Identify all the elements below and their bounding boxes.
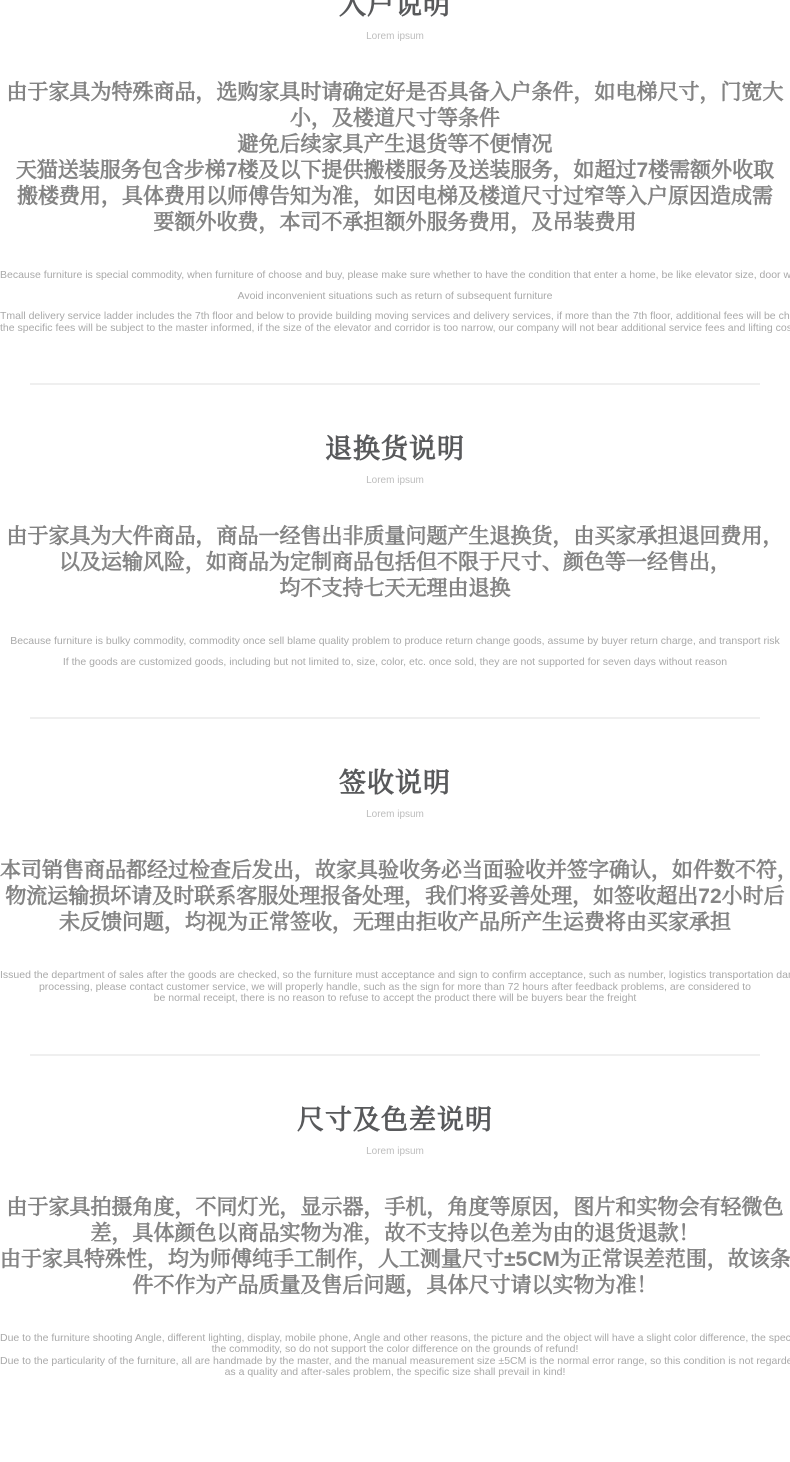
section-subtitle: Lorem ipsum xyxy=(0,32,790,42)
chinese-body-text: 由于家具为特殊商品，选购家具时请确定好是否具备入户条件，如电梯尺寸，门宽大小，及… xyxy=(0,80,790,236)
text-line: 要额外收费，本司不承担额外服务费用，及吊装费用 xyxy=(0,210,790,236)
text-line: Because furniture is bulky commodity, co… xyxy=(0,636,790,648)
section-divider xyxy=(30,717,760,719)
text-line: Issued the department of sales after the… xyxy=(0,970,790,982)
text-line: 小，及楼道尺寸等条件 xyxy=(0,106,790,132)
text-line: the specific fees will be subject to the… xyxy=(0,323,790,335)
section-title: 入户说明 xyxy=(0,0,790,19)
section-size-color-difference-instructions: 尺寸及色差说明 Lorem ipsum 由于家具拍摄角度，不同灯光，显示器，手机… xyxy=(0,1106,790,1379)
text-line: 以及运输风险，如商品为定制商品包括但不限于尺寸、颜色等一经售出， xyxy=(0,550,790,576)
text-line: Avoid inconvenient situations such as re… xyxy=(0,291,790,303)
english-body-text: Because furniture is special commodity, … xyxy=(0,270,790,334)
text-block: Issued the department of sales after the… xyxy=(0,970,790,1005)
english-body-text: Issued the department of sales after the… xyxy=(0,970,790,1005)
english-body-text: Due to the furniture shooting Angle, dif… xyxy=(0,1333,790,1379)
text-block: Tmall delivery service ladder includes t… xyxy=(0,311,790,334)
product-notice-page: 入户说明 Lorem ipsum 由于家具为特殊商品，选购家具时请确定好是否具备… xyxy=(0,0,790,1462)
text-line: 搬楼费用，具体费用以师傅告知为准，如因电梯及楼道尺寸过窄等入户原因造成需 xyxy=(0,184,790,210)
section-return-exchange-instructions: 退换货说明 Lorem ipsum 由于家具为大件商品，商品一经售出非质量问题产… xyxy=(0,435,790,668)
chinese-body-text: 本司销售商品都经过检查后发出，故家具验收务必当面验收并签字确认，如件数不符，物流… xyxy=(0,858,790,936)
section-entry-instructions: 入户说明 Lorem ipsum 由于家具为特殊商品，选购家具时请确定好是否具备… xyxy=(0,0,790,334)
text-line: be normal receipt, there is no reason to… xyxy=(0,993,790,1005)
text-line: 件不作为产品质量及售后问题，具体尺寸请以实物为准！ xyxy=(0,1273,790,1299)
text-line: Tmall delivery service ladder includes t… xyxy=(0,311,790,323)
text-line: 本司销售商品都经过检查后发出，故家具验收务必当面验收并签字确认，如件数不符， xyxy=(0,858,790,884)
text-line: 物流运输损坏请及时联系客服处理报备处理，我们将妥善处理，如签收超出72小时后 xyxy=(0,884,790,910)
section-subtitle: Lorem ipsum xyxy=(0,810,790,820)
section-divider xyxy=(30,383,760,385)
section-sign-off-instructions: 签收说明 Lorem ipsum 本司销售商品都经过检查后发出，故家具验收务必当… xyxy=(0,769,790,1005)
text-line: the commodity, so do not support the col… xyxy=(0,1344,790,1356)
text-line: as a quality and after-sales problem, th… xyxy=(0,1367,790,1379)
text-block: Due to the furniture shooting Angle, dif… xyxy=(0,1333,790,1379)
text-line: 由于家具为大件商品，商品一经售出非质量问题产生退换货，由买家承担退回费用， xyxy=(0,524,790,550)
text-line: 未反馈问题，均视为正常签收，无理由拒收产品所产生运费将由买家承担 xyxy=(0,910,790,936)
text-line: Because furniture is special commodity, … xyxy=(0,270,790,282)
text-line: 避免后续家具产生退货等不便情况 xyxy=(0,132,790,158)
text-line: 由于家具特殊性，均为师傅纯手工制作，人工测量尺寸±5CM为正常误差范围，故该条 xyxy=(0,1247,790,1273)
chinese-body-text: 由于家具拍摄角度，不同灯光，显示器，手机，角度等原因，图片和实物会有轻微色差，具… xyxy=(0,1195,790,1299)
chinese-body-text: 由于家具为大件商品，商品一经售出非质量问题产生退换货，由买家承担退回费用，以及运… xyxy=(0,524,790,602)
section-subtitle: Lorem ipsum xyxy=(0,1147,790,1157)
text-line: 差，具体颜色以商品实物为准，故不支持以色差为由的退货退款！ xyxy=(0,1221,790,1247)
text-line: 由于家具为特殊商品，选购家具时请确定好是否具备入户条件，如电梯尺寸，门宽大 xyxy=(0,80,790,106)
text-line: 天猫送装服务包含步梯7楼及以下提供搬楼服务及送装服务，如超过7楼需额外收取 xyxy=(0,158,790,184)
text-block: If the goods are customized goods, inclu… xyxy=(0,657,790,669)
section-title: 尺寸及色差说明 xyxy=(0,1106,790,1134)
section-title: 退换货说明 xyxy=(0,435,790,463)
section-divider xyxy=(30,1054,760,1056)
section-title: 签收说明 xyxy=(0,769,790,797)
text-line: If the goods are customized goods, inclu… xyxy=(0,657,790,669)
text-line: 均不支持七天无理由退换 xyxy=(0,576,790,602)
text-line: 由于家具拍摄角度，不同灯光，显示器，手机，角度等原因，图片和实物会有轻微色 xyxy=(0,1195,790,1221)
section-subtitle: Lorem ipsum xyxy=(0,476,790,486)
text-block: Because furniture is bulky commodity, co… xyxy=(0,636,790,648)
text-block: Avoid inconvenient situations such as re… xyxy=(0,291,790,303)
text-block: Because furniture is special commodity, … xyxy=(0,270,790,282)
english-body-text: Because furniture is bulky commodity, co… xyxy=(0,636,790,668)
